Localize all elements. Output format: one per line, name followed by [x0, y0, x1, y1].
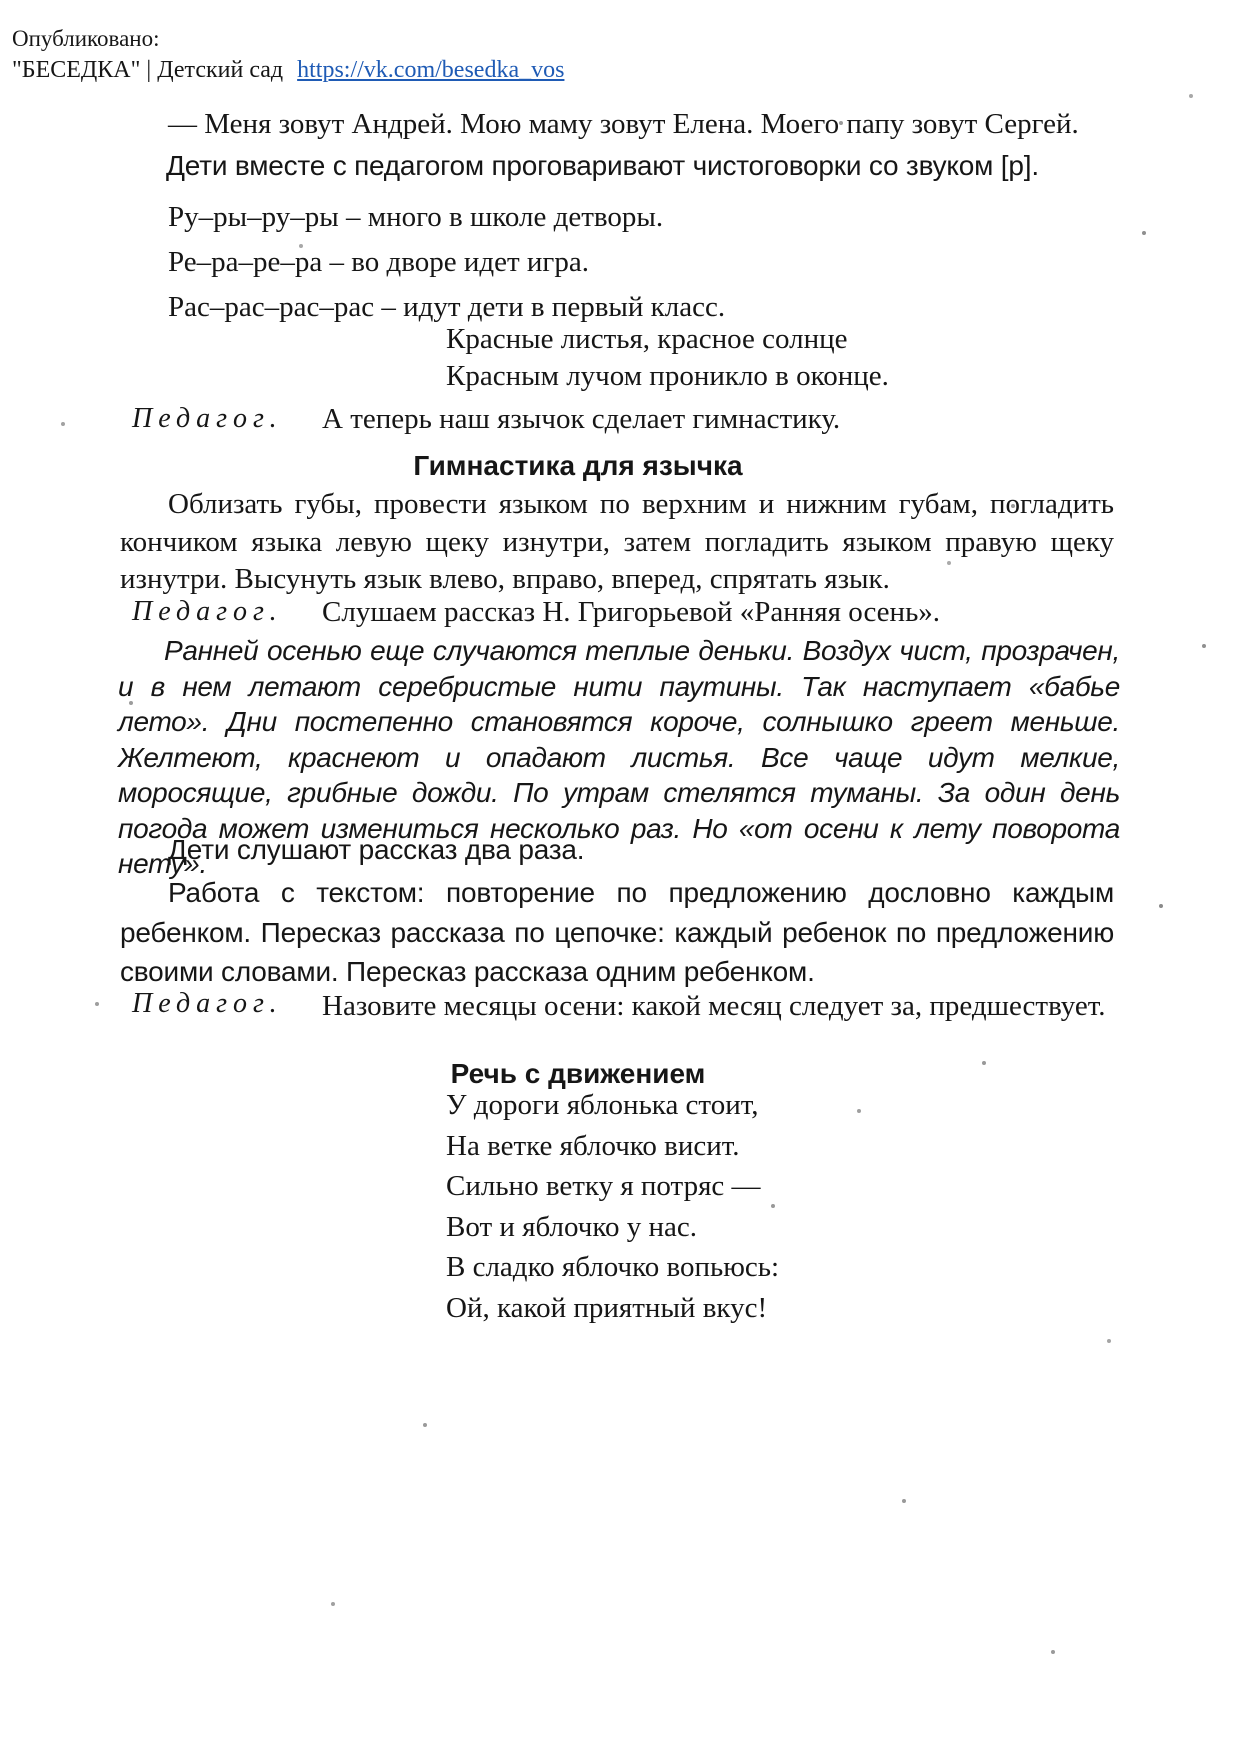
poem-line: У дороги яблонька стоит,	[446, 1085, 779, 1126]
teacher-row-gymnastics: Педагог. А теперь наш язычок сделает гим…	[132, 399, 840, 439]
poem-line: Ой, какой приятный вкус!	[446, 1288, 779, 1329]
scanned-document-page: { "header": { "published": "Опубликовано…	[0, 0, 1240, 1754]
couplet-line: Красным лучом проникло в оконце.	[446, 358, 889, 395]
tongue-twister-line: Ру–ры–ру–ры – много в школе детворы.	[168, 195, 725, 240]
teacher-speech: Назовите месяцы осени: какой месяц следу…	[322, 984, 1114, 1028]
tongue-twister-line: Ре–ра–ре–ра – во дворе идет игра.	[168, 240, 725, 285]
scan-noise	[0, 0, 2, 2]
vk-link[interactable]: https://vk.com/besedka_vos	[297, 57, 564, 83]
stage-direction-retelling: Работа с текстом: повторение по предложе…	[120, 873, 1114, 992]
teacher-label: Педагог.	[132, 592, 322, 632]
teacher-speech: А теперь наш язычок сделает гимнастику.	[322, 399, 840, 439]
source-title: "БЕСЕДКА" | Детский сад	[12, 57, 283, 83]
teacher-row-months: Педагог. Назовите месяцы осени: какой ме…	[132, 984, 1114, 1028]
teacher-label: Педагог.	[132, 984, 322, 1024]
stage-direction-tonguetwisters: Дети вместе с педагогом проговаривают чи…	[166, 150, 1039, 182]
poem-line: Сильно ветку я потряс —	[446, 1166, 779, 1207]
poem-block: У дороги яблонька стоит, На ветке яблочк…	[446, 1085, 779, 1328]
teacher-speech: Слушаем рассказ Н. Григорьевой «Ранняя о…	[322, 592, 940, 632]
couplet-line: Красные листья, красное солнце	[446, 321, 889, 358]
poem-line: Вот и яблочко у нас.	[446, 1207, 779, 1248]
stage-direction-listening: Дети слушают рассказ два раза.	[168, 834, 584, 866]
poem-line: В сладко яблочко вопьюсь:	[446, 1247, 779, 1288]
gymnastics-instructions: Облизать губы, провести языком по верхни…	[120, 486, 1114, 599]
teacher-label: Педагог.	[132, 399, 322, 439]
heading-tongue-gymnastics: Гимнастика для язычка	[82, 450, 1074, 482]
poem-line: На ветке яблочко висит.	[446, 1126, 779, 1167]
couplet-block: Красные листья, красное солнце Красным л…	[446, 321, 889, 395]
tongue-twisters-block: Ру–ры–ру–ры – много в школе детворы. Ре–…	[168, 195, 725, 330]
source-line: "БЕСЕДКА" | Детский садhttps://vk.com/be…	[12, 57, 564, 84]
published-label: Опубликовано:	[12, 26, 160, 52]
dialogue-line: — Меня зовут Андрей. Мою маму зовут Елен…	[168, 102, 1079, 147]
teacher-row-story: Педагог. Слушаем рассказ Н. Григорьевой …	[132, 592, 940, 632]
